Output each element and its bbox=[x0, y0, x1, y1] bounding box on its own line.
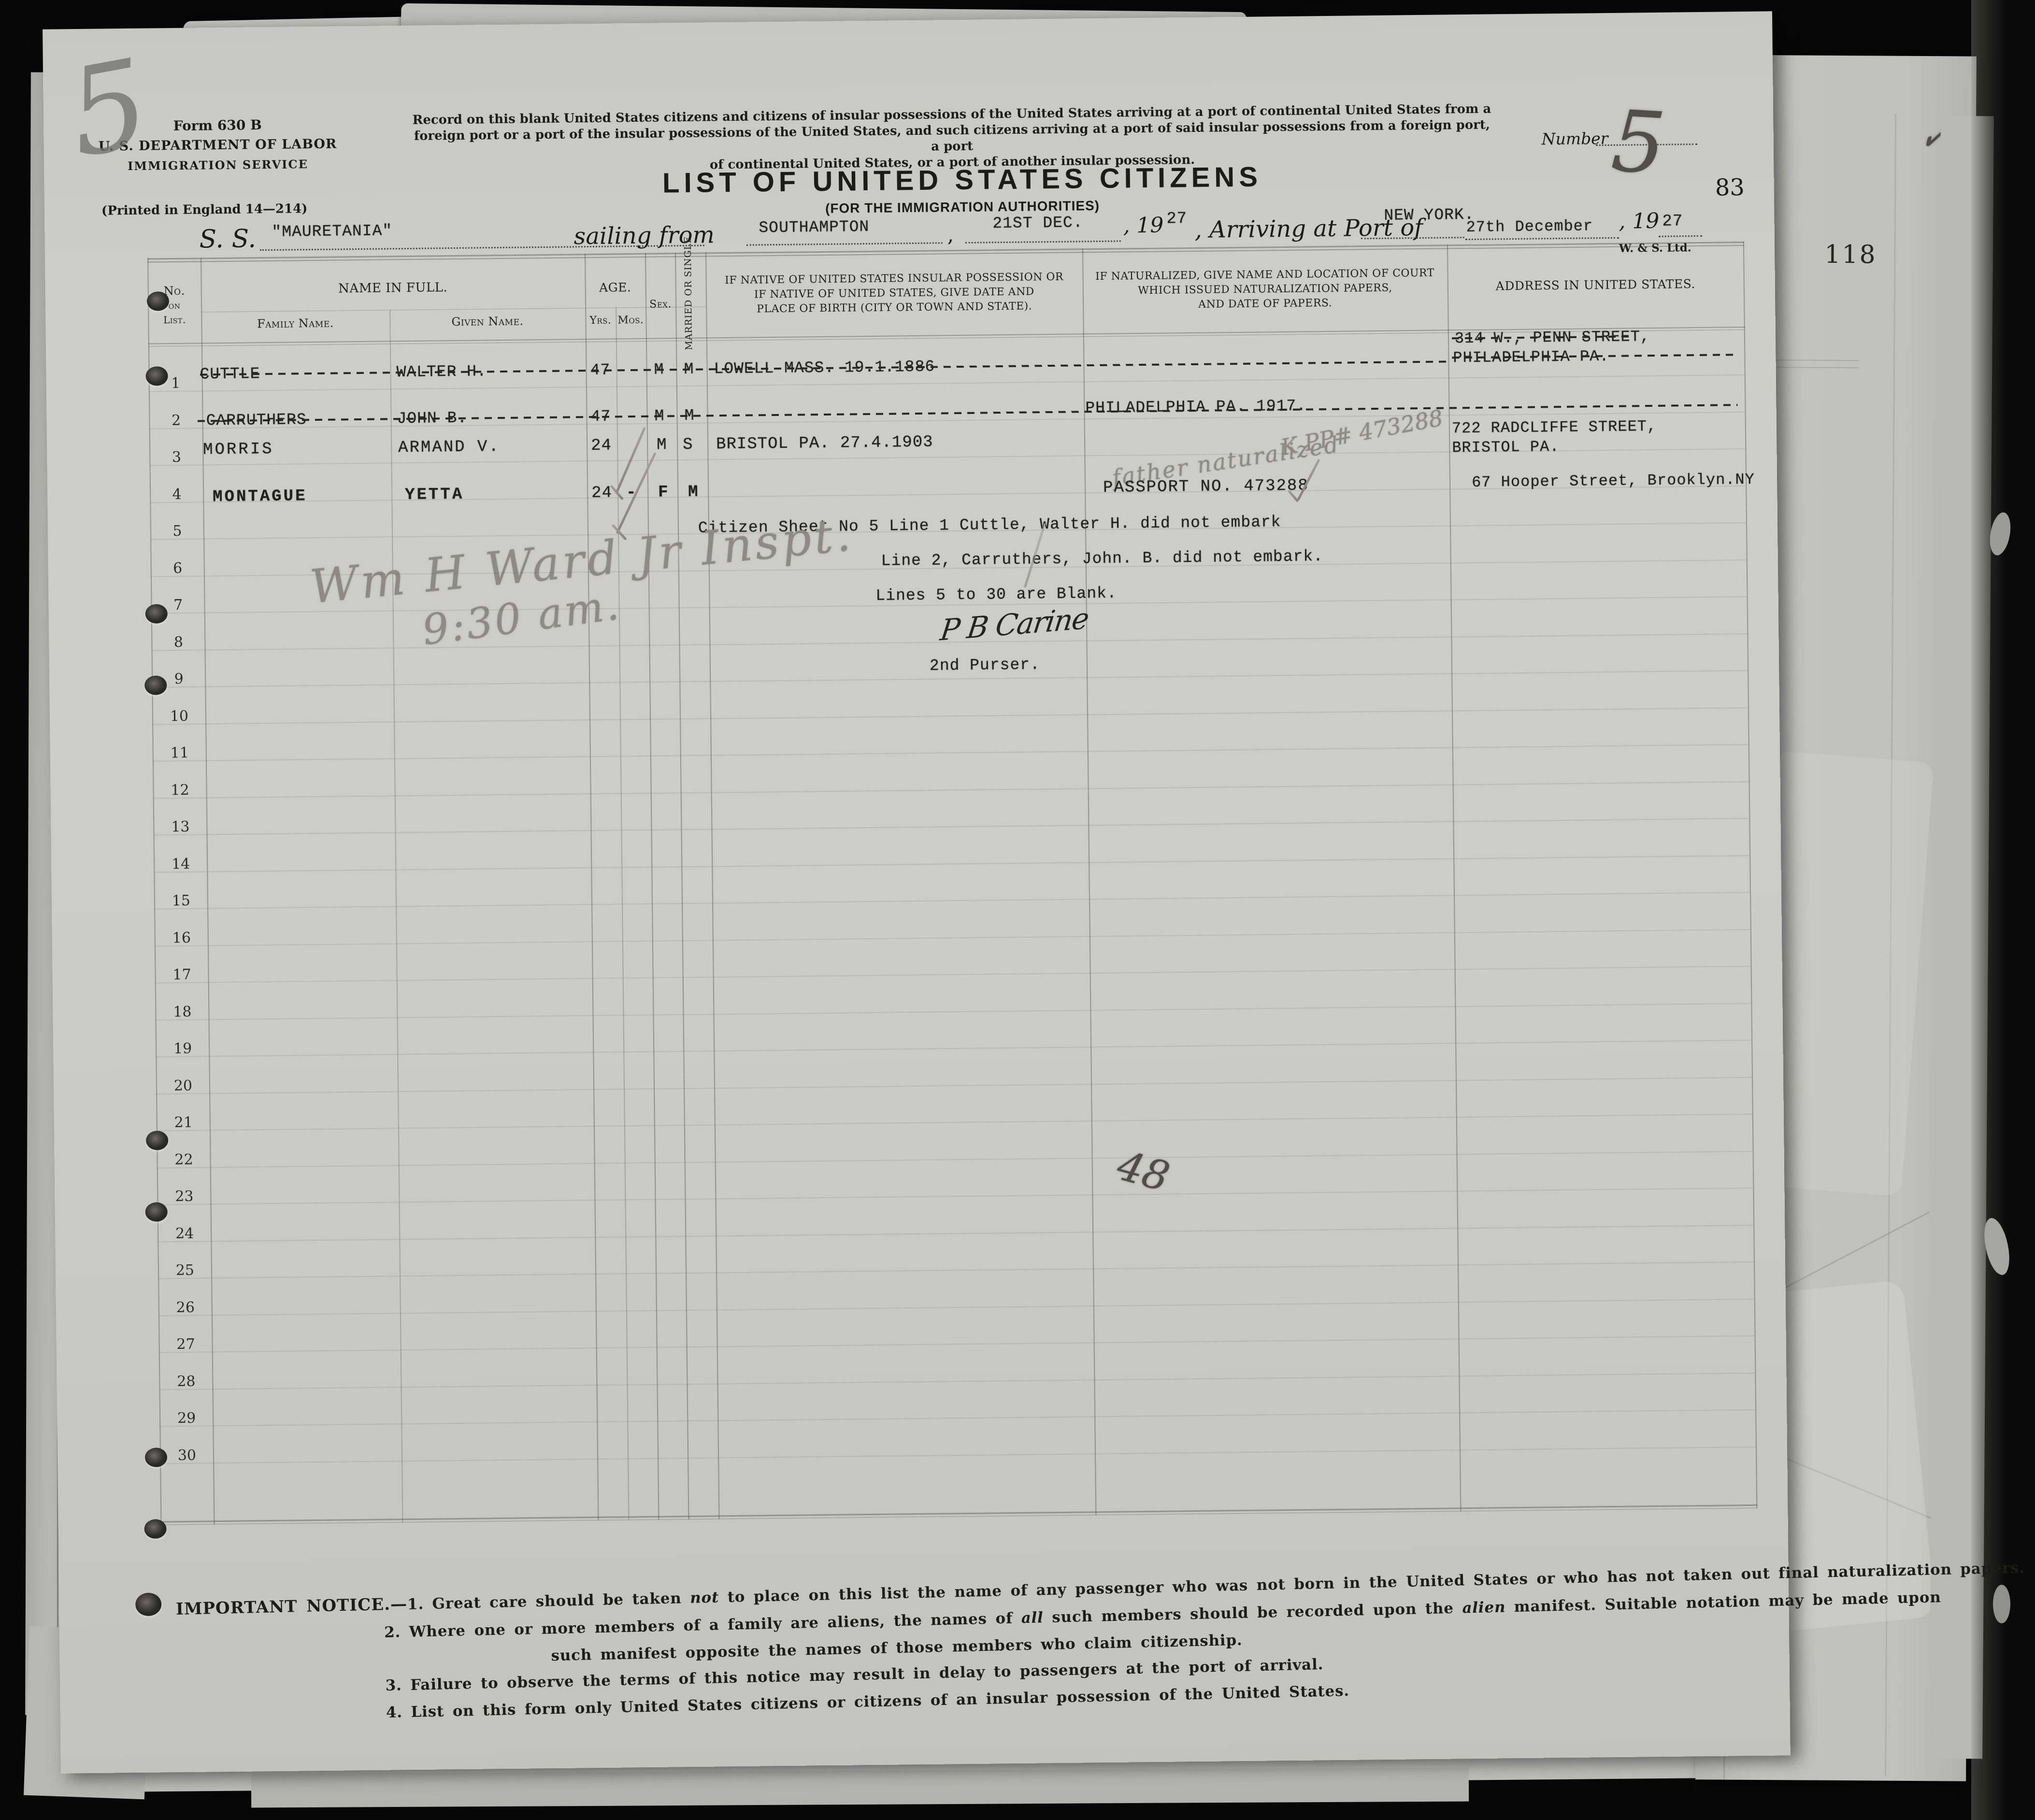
stamp-118: 118 bbox=[1824, 240, 1877, 270]
notice-item2-b: such members should be recorded upon the bbox=[1043, 1599, 1462, 1626]
notice-item1-no: 1. bbox=[407, 1595, 424, 1613]
notice-item3-no: 3. bbox=[385, 1677, 402, 1694]
page-stack-bottom-strip-2 bbox=[251, 1767, 1469, 1807]
notice-item2-a: Where one or more members of a family ar… bbox=[409, 1609, 1021, 1641]
notice-item2-italic2: alien bbox=[1462, 1598, 1506, 1617]
torn-edge-right bbox=[1971, 0, 2035, 1820]
manifest-sheet: Form 630 B U. S. DEPARTMENT OF LABOR IMM… bbox=[43, 11, 1791, 1773]
notice-item1-italic: not bbox=[690, 1589, 719, 1606]
notice-item4-no: 4. bbox=[386, 1704, 403, 1721]
torn-paper-speck bbox=[1993, 1585, 2010, 1623]
important-notice: IMPORTANT NOTICE.—1. Great care should b… bbox=[23, 0, 1792, 1775]
notice-item2-italic1: all bbox=[1021, 1609, 1044, 1627]
notice-item2-no: 2. bbox=[384, 1623, 401, 1641]
notice-heading: IMPORTANT NOTICE.— bbox=[176, 1594, 408, 1619]
notice-item1-a: Great care should be taken bbox=[432, 1590, 690, 1613]
